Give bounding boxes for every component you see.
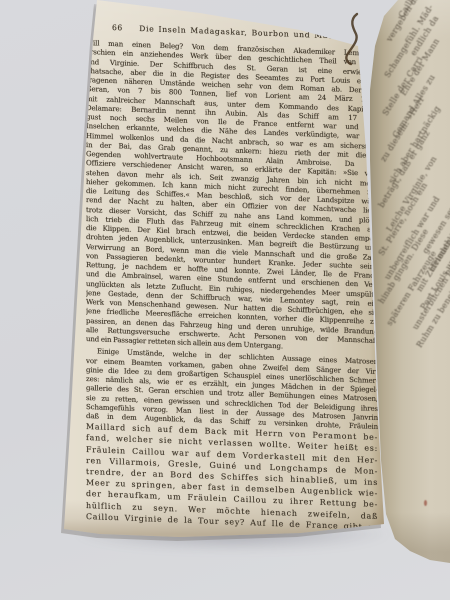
thread-mark (338, 12, 364, 66)
book-photo: 66 Die Inseln Madagaskar, Bourbon und Ma… (0, 0, 450, 600)
stain-mark (424, 500, 427, 506)
page-text: Will man einen Beleg? Von dem französisc… (86, 39, 378, 533)
page-number: 66 (112, 23, 123, 33)
page-text-block: 66 Die Inseln Madagaskar, Bourbon und Ma… (86, 22, 378, 533)
